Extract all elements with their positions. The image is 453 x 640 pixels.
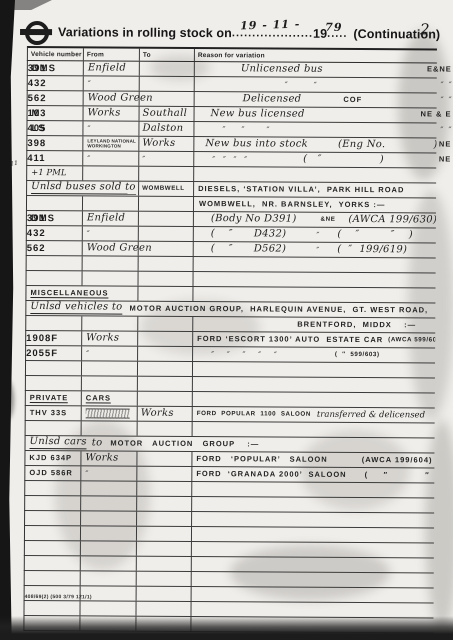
cell-to xyxy=(137,572,192,586)
cell-reason: DelicensedCOF xyxy=(195,92,437,107)
cell-to xyxy=(138,377,193,391)
cell-to xyxy=(137,587,192,601)
cell-reason xyxy=(193,377,435,392)
cell-to xyxy=(138,332,193,346)
handwritten-entry: Enfield xyxy=(88,63,126,73)
cell-from xyxy=(81,526,137,540)
cell-from xyxy=(81,571,137,585)
cell-from: Wood Green xyxy=(84,91,140,105)
cell-reason: FORD POPULAR 1100 SALOONtransferred & de… xyxy=(193,407,435,422)
handwritten-entry: transferred & delicensed xyxy=(317,410,425,421)
cell-vehicle-number xyxy=(26,421,82,435)
handwritten-entry: ″ xyxy=(85,469,88,478)
rolling-stock-table: Vehicle numberFromToReason for variation… xyxy=(23,46,437,633)
cell-to xyxy=(138,347,193,361)
handwritten-entry: Enfield xyxy=(87,213,125,223)
cell-from xyxy=(83,166,139,180)
cell-vehicle-number xyxy=(27,256,83,270)
cell-vehicle-number xyxy=(26,376,82,390)
cell-from xyxy=(82,361,138,375)
cell-vehicle-number: LS405 xyxy=(27,121,83,135)
cell-vehicle-number xyxy=(25,496,81,510)
column-header-to: To xyxy=(140,49,195,61)
handwritten-entry: (AWCA 599/602) xyxy=(388,337,435,344)
handwritten-entry: to xyxy=(92,438,103,448)
cell-reason xyxy=(193,422,435,437)
handwritten-entry: New bus licensed xyxy=(211,109,305,120)
form-reference-number: 408/69(2) (500 3/79 121/1) xyxy=(25,594,92,600)
right-margin-annotation: E&NE xyxy=(427,65,452,73)
handwritten-entry: ( ″ ″ ) xyxy=(337,230,413,240)
cell-from xyxy=(81,481,137,495)
cell-to: Dalston xyxy=(139,122,194,136)
cell-reason xyxy=(192,587,434,602)
handwritten-entry: ″ xyxy=(241,125,244,134)
cell-to xyxy=(139,212,194,226)
cell-reason xyxy=(192,497,434,512)
illegible-handwriting-scribble xyxy=(86,408,130,418)
handwritten-entry: MISCELLANEOUS xyxy=(30,289,108,298)
right-margin-annotation: ″ ″ xyxy=(441,81,452,90)
handwritten-entry: (Body No D391) xyxy=(211,214,297,225)
form-header: Variations in rolling stock on .........… xyxy=(20,18,445,49)
handwritten-entry: ″ ″ ″ ″ xyxy=(212,155,247,164)
handwritten-entry: DIESELS, ‘STATION VILLA’, PARK HILL ROAD xyxy=(198,185,404,194)
cell-from: CARS xyxy=(82,391,138,405)
cell-vehicle-number: THV 33S xyxy=(26,406,82,420)
cell-reason xyxy=(192,482,434,497)
scanned-form-page: Variations in rolling stock on .........… xyxy=(0,0,453,640)
handwritten-entry: DMS xyxy=(31,213,55,224)
cell-to xyxy=(136,602,191,616)
cell-vehicle-number xyxy=(25,526,81,540)
cell-vehicle-number: 398 xyxy=(27,136,83,150)
handwritten-entry: ″ xyxy=(142,154,145,163)
cell-to xyxy=(138,362,193,376)
year-dotted-line: ..... 79 xyxy=(327,28,347,40)
cell-vehicle-number: +1 PML xyxy=(27,166,83,180)
cell-vehicle-number xyxy=(24,601,80,615)
cell-vehicle-number xyxy=(25,481,81,495)
handwritten-entry: ( ″ D562) xyxy=(211,244,287,254)
year-handwritten: 79 xyxy=(325,21,342,34)
handwritten-entry: ″ xyxy=(86,349,89,358)
column-header-vehicle-number: Vehicle number xyxy=(28,48,84,60)
right-margin-annotation: NE & E xyxy=(421,110,452,118)
handwritten-entry: BRENTFORD, MIDDX :— xyxy=(297,321,416,329)
cell-vehicle-number: M103 xyxy=(28,106,84,120)
cell-reason xyxy=(192,512,434,527)
cell-to xyxy=(137,497,192,511)
cell-reason: ″″″ xyxy=(194,122,436,137)
cell-from: Wood Green xyxy=(83,241,139,255)
cell-from xyxy=(80,601,136,615)
cell-from: LEYLAND NATIONAL WORKINGTON xyxy=(83,136,139,150)
london-transport-roundel-icon xyxy=(20,20,52,44)
handwritten-entry: 562 xyxy=(28,92,54,103)
cell-reason: BRENTFORD, MIDDX :— xyxy=(193,317,435,332)
handwritten-entry: FORD ‘ESCORT 1300’ AUTO ESTATE CAR xyxy=(197,335,383,344)
handwritten-entry: ″ xyxy=(87,154,90,163)
cell-from xyxy=(83,271,139,285)
cell-to xyxy=(139,197,194,211)
cell-vehicle-number xyxy=(25,541,81,555)
cell-vehicle-number: PRIVATE xyxy=(26,391,82,405)
cell-to xyxy=(138,317,193,331)
cell-vehicle-number: MISCELLANEOUS xyxy=(26,286,138,301)
cell-vehicle-number: DMS391 xyxy=(28,61,84,75)
handwritten-entry: ( ″ D432) xyxy=(211,229,287,239)
handwritten-entry: Dalston xyxy=(142,124,183,134)
cell-vehicle-number: KJD 634P xyxy=(25,451,81,465)
handwritten-entry: MOTOR AUCTION GROUP, HARLEQUIN AVENUE, G… xyxy=(129,305,428,314)
cell-from: ″ xyxy=(84,76,140,90)
cell-to xyxy=(137,452,192,466)
handwritten-entry: Works xyxy=(85,453,118,463)
handwritten-entry: ″ xyxy=(316,245,319,254)
cell-to: WOMBWELL xyxy=(139,182,194,196)
cell-vehicle-number: 411 xyxy=(27,151,83,165)
handwritten-entry: &NE xyxy=(321,217,336,223)
cell-to xyxy=(137,557,192,571)
cell-from: Works xyxy=(84,106,140,120)
handwritten-entry: KJD 634P xyxy=(29,454,72,462)
handwritten-entry: ″ xyxy=(316,230,319,239)
cell-to xyxy=(137,482,192,496)
handwritten-entry: OJD 586R xyxy=(29,469,72,477)
cell-reason: ( ″ D562)″( ″ 199/619) xyxy=(194,242,436,257)
handwritten-entry: ) xyxy=(380,155,384,165)
handwritten-entry: ″ xyxy=(222,125,225,134)
cell-vehicle-number xyxy=(25,571,81,585)
cell-reason xyxy=(194,257,436,272)
cell-vehicle-number xyxy=(25,556,81,570)
cell-reason xyxy=(193,392,435,407)
cell-reason xyxy=(193,362,435,377)
cell-reason: ″ ″ ″ ″ ″( ″ 599/603) xyxy=(193,347,435,362)
handwritten-entry: 398 xyxy=(27,137,53,148)
cell-reason xyxy=(192,557,434,572)
cell-from xyxy=(81,511,137,525)
cell-to: Works xyxy=(139,137,194,151)
cell-vehicle-number xyxy=(27,196,83,210)
cell-from: ″ xyxy=(83,226,139,240)
cell-from: ″ xyxy=(83,121,139,135)
handwritten-entry: ( ″ 199/619) xyxy=(337,245,407,255)
cell-from: ″ xyxy=(81,466,137,480)
handwritten-entry: 432 xyxy=(28,77,54,88)
cell-to: Southall xyxy=(140,107,195,121)
handwritten-entry: PRIVATE xyxy=(30,394,68,403)
cell-vehicle-number xyxy=(26,316,82,330)
cell-to xyxy=(140,77,195,91)
handwritten-entry: ( ″ ″ ) xyxy=(365,471,435,479)
cell-reason: Unlicensed bus xyxy=(195,62,437,77)
cell-to xyxy=(138,287,193,301)
cell-to xyxy=(139,242,194,256)
cell-vehicle-number: DMS391 xyxy=(27,211,83,225)
handwritten-entry: 1908F xyxy=(26,332,65,343)
right-margin-annotation: NE xyxy=(439,155,451,163)
cell-from: ″ xyxy=(82,346,138,360)
handwritten-entry: (AWCA 199/630) xyxy=(348,215,436,226)
handwritten-entry: ) xyxy=(433,140,436,150)
cell-spanning-note: Unlsd vehicles toMOTOR AUCTION GROUP, HA… xyxy=(26,301,435,317)
cell-from xyxy=(82,316,138,330)
cell-to: ″ xyxy=(139,152,194,166)
handwritten-entry: FORD ‘POPULAR’ SALOON xyxy=(196,455,327,463)
handwritten-entry: ″ xyxy=(314,80,317,89)
cell-to xyxy=(140,92,195,106)
form-content: Variations in rolling stock on .........… xyxy=(0,0,453,640)
cell-reason: FORD ‘GRANADA 2000’ SALOON( ″ ″ ) xyxy=(192,467,434,482)
cell-to: Works xyxy=(138,407,193,421)
cell-reason: ″ ″ ″ ″( ″) xyxy=(194,152,436,167)
cell-reason: WOMBWELL, NR. BARNSLEY, YORKS :— xyxy=(194,197,436,212)
cell-from: ″ xyxy=(83,151,139,165)
cell-reason: FORD ‘POPULAR’ SALOON(AWCA 199/604) xyxy=(192,452,434,467)
cell-vehicle-number xyxy=(27,271,83,285)
handwritten-entry: New bus into stock xyxy=(205,139,308,150)
cell-to xyxy=(138,422,193,436)
handwritten-entry: Unlsd cars xyxy=(30,437,87,449)
handwritten-entry: ″ xyxy=(87,124,90,133)
cell-from xyxy=(82,406,138,420)
cell-vehicle-number: Unlsd buses sold to xyxy=(27,181,139,196)
cell-from xyxy=(82,376,138,390)
cell-to xyxy=(139,167,194,181)
cell-from: Works xyxy=(81,451,137,465)
right-margin-annotation: NE xyxy=(439,141,451,149)
cell-reason xyxy=(194,167,436,182)
handwritten-entry: ″ xyxy=(266,125,269,134)
handwritten-entry: Unlicensed bus xyxy=(241,64,323,75)
cell-to xyxy=(137,467,192,481)
column-header-reason: Reason for variation xyxy=(195,49,437,62)
cell-reason: (Body No D391)&NE(AWCA 199/630) xyxy=(194,212,436,227)
cell-from xyxy=(83,196,139,210)
cell-from xyxy=(82,421,138,435)
handwritten-entry: ″ xyxy=(285,80,288,89)
handwritten-entry: Works xyxy=(88,108,121,118)
date-handwritten: 19 - 11 - xyxy=(240,18,301,33)
handwritten-entry: 562 xyxy=(27,242,53,253)
handwritten-entry: THV 33S xyxy=(30,409,67,417)
column-header-from: From xyxy=(84,48,140,60)
cell-vehicle-number: 432 xyxy=(28,76,84,90)
cell-to xyxy=(137,542,192,556)
handwritten-entry: +1 PML xyxy=(31,168,66,178)
handwritten-entry: LS xyxy=(31,123,45,134)
cell-to xyxy=(140,62,195,76)
cell-to xyxy=(139,257,194,271)
right-margin-annotation: ″ ″ xyxy=(441,96,452,105)
cell-vehicle-number: 562 xyxy=(27,241,83,255)
handwritten-entry: M xyxy=(32,108,41,119)
page-number-handwritten: 2 xyxy=(420,20,430,38)
cell-vehicle-number xyxy=(25,511,81,525)
handwritten-entry: ″ xyxy=(88,79,91,88)
cell-reason: FORD ‘ESCORT 1300’ AUTO ESTATE CAR(AWCA … xyxy=(193,332,435,347)
cell-vehicle-number: 1908F xyxy=(26,331,82,345)
cell-from: Enfield xyxy=(83,211,139,225)
cell-reason: DIESELS, ‘STATION VILLA’, PARK HILL ROAD xyxy=(194,182,436,197)
handwritten-entry: (Eng No. xyxy=(338,140,385,150)
handwritten-entry: ″ xyxy=(87,229,90,238)
handwritten-entry: WOMBWELL xyxy=(142,186,185,192)
handwritten-entry: 411 xyxy=(27,152,52,163)
cell-vehicle-number: 562 xyxy=(28,91,84,105)
handwritten-entry: Works xyxy=(141,409,174,419)
cell-to xyxy=(139,272,194,286)
scan-edge-bottom xyxy=(0,616,453,640)
cell-reason xyxy=(192,527,434,542)
form-title: Variations in rolling stock on xyxy=(58,25,232,40)
cell-from: Enfield xyxy=(84,61,140,75)
cell-from xyxy=(83,256,139,270)
handwritten-entry: (AWCA 199/604) xyxy=(362,456,433,464)
cell-reason xyxy=(192,572,434,587)
cell-reason xyxy=(193,287,435,302)
handwritten-entry: LEYLAND NATIONAL WORKINGTON xyxy=(87,138,136,149)
handwritten-entry: WOMBWELL, NR. BARNSLEY, YORKS :— xyxy=(199,200,385,209)
handwritten-entry: ″ ″ ″ ″ ″ xyxy=(211,350,277,359)
cell-vehicle-number: OJD 586R xyxy=(25,466,81,480)
handwritten-entry: FORD ‘GRANADA 2000’ SALOON xyxy=(196,470,346,478)
handwritten-entry: Southall xyxy=(143,109,188,119)
handwritten-entry: FORD POPULAR 1100 SALOON xyxy=(197,411,311,418)
handwritten-entry: MOTOR AUCTION GROUP :— xyxy=(110,440,259,448)
cell-to xyxy=(139,227,194,241)
handwritten-entry: CARS xyxy=(86,394,111,403)
handwritten-entry: DMS xyxy=(32,63,56,74)
cell-from xyxy=(81,556,137,570)
handwritten-entry: ( ″ 599/603) xyxy=(335,352,380,358)
date-dotted-line: .................... 19 - 11 - xyxy=(232,27,313,39)
handwritten-entry: Unlsd buses sold to xyxy=(31,182,136,194)
handwritten-entry: ( ″ xyxy=(303,155,322,165)
cell-vehicle-number xyxy=(26,361,82,375)
cell-reason: New bus licensed xyxy=(195,107,437,122)
cell-reason: ( ″ D432)″( ″ ″ ) xyxy=(194,227,436,242)
right-margin-annotation: ″ ″ xyxy=(440,126,451,135)
cell-to xyxy=(138,392,193,406)
cell-reason: ″″ xyxy=(195,77,437,92)
cell-spanning-note: Unlsd carstoMOTOR AUCTION GROUP :— xyxy=(25,436,434,452)
cell-to xyxy=(137,527,192,541)
handwritten-entry: Delicensed xyxy=(243,94,302,104)
handwritten-entry: Works xyxy=(86,333,119,343)
handwritten-entry: COF xyxy=(343,96,362,104)
cell-reason: New bus into stock(Eng No.) xyxy=(194,137,436,152)
handwritten-entry: Unlsd vehicles to xyxy=(30,302,122,314)
cell-from: Works xyxy=(82,331,138,345)
cell-reason xyxy=(192,542,434,557)
cell-vehicle-number: 2055F xyxy=(26,346,82,360)
handwritten-entry: 2055F xyxy=(26,347,65,358)
cell-reason xyxy=(194,272,436,287)
cell-vehicle-number: 432 xyxy=(27,226,83,240)
cell-to xyxy=(137,512,192,526)
handwritten-entry: 432 xyxy=(27,227,53,238)
handwritten-entry: Works xyxy=(142,139,175,149)
cell-from xyxy=(81,541,137,555)
cell-from xyxy=(81,496,137,510)
